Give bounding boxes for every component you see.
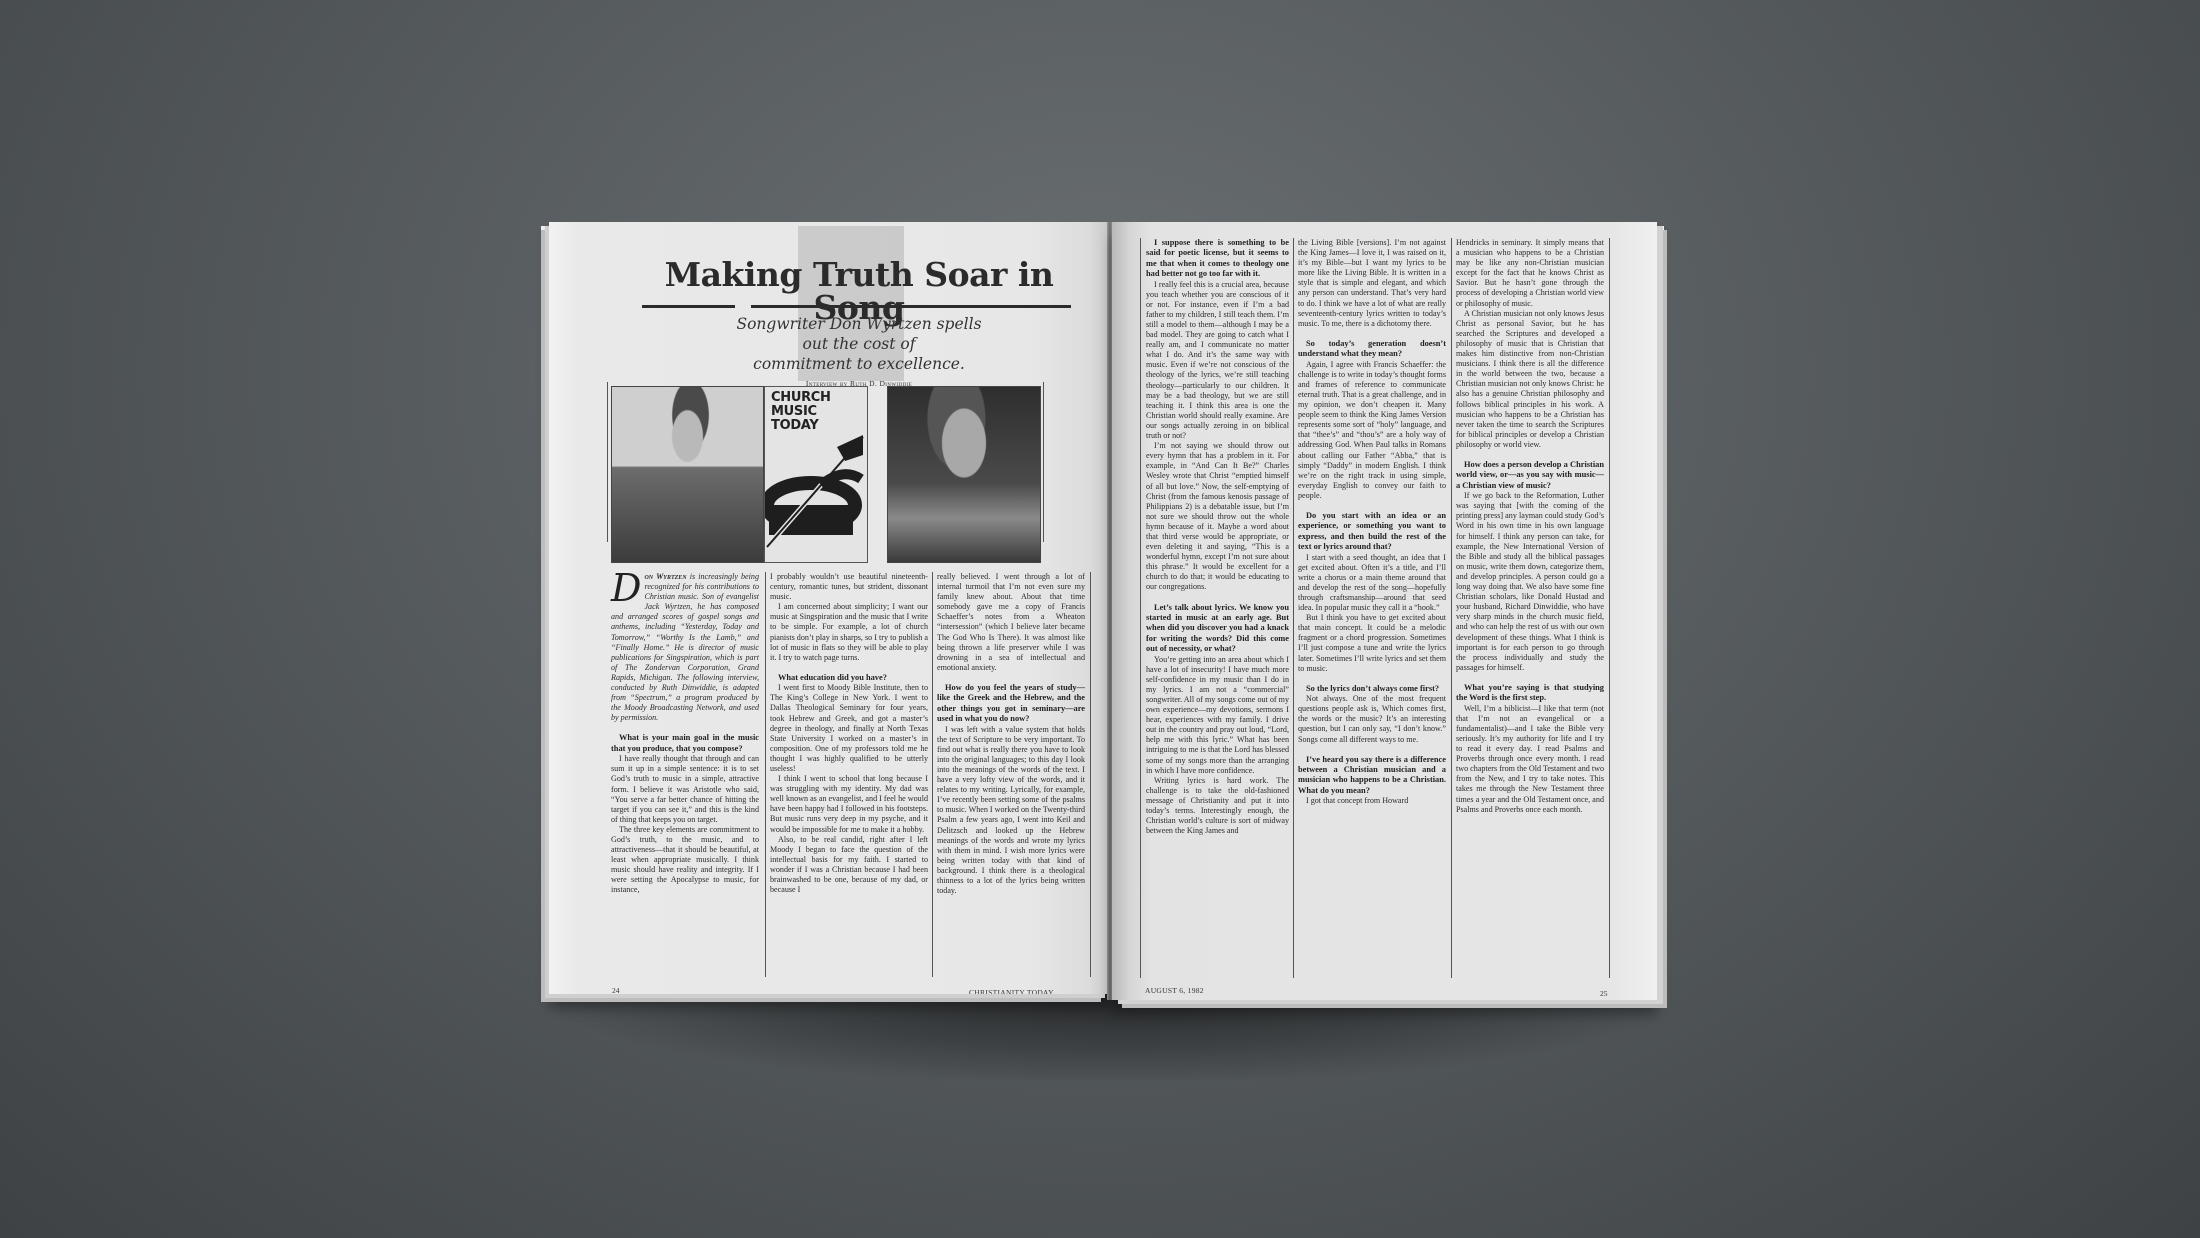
column-rule bbox=[1609, 238, 1610, 978]
right-page-column-3: Hendricks in seminary. It simply means t… bbox=[1456, 238, 1604, 815]
interview-question: I suppose there is something to be said … bbox=[1146, 238, 1289, 280]
article-subtitle: Songwriter Don Wyrtzen spells out the co… bbox=[659, 314, 1059, 374]
page-number: 24 bbox=[612, 986, 620, 994]
interview-question: Let’s talk about lyrics. We know you sta… bbox=[1146, 603, 1289, 655]
photo-wyrtzen-thoughtful bbox=[887, 386, 1041, 563]
right-page: I suppose there is something to be said … bbox=[1112, 222, 1657, 1000]
right-page-column-1: I suppose there is something to be said … bbox=[1146, 238, 1289, 836]
interview-question: How does a person develop a Christian wo… bbox=[1456, 460, 1604, 491]
title-underline-2 bbox=[751, 305, 1071, 308]
magazine-shadow bbox=[560, 990, 1660, 1080]
column-rule bbox=[765, 572, 766, 977]
photo-wyrtzen-gesturing bbox=[611, 386, 764, 563]
column-rule bbox=[1043, 382, 1044, 542]
left-page: Making Truth Soar in Song Songwriter Don… bbox=[549, 222, 1109, 994]
interview-question: Do you start with an idea or an experien… bbox=[1298, 511, 1446, 553]
column-rule bbox=[932, 572, 933, 977]
left-page-column-2: I probably wouldn’t use beautiful ninete… bbox=[770, 572, 928, 895]
right-page-column-2: the Living Bible [versions]. I’m not aga… bbox=[1298, 238, 1446, 806]
page-number: 25 bbox=[1600, 989, 1608, 998]
magazine-name: CHRISTIANITY TODAY bbox=[969, 988, 1054, 994]
interview-question: So the lyrics don’t always come first? bbox=[1298, 684, 1446, 694]
interview-question: So today’s generation doesn’t understand… bbox=[1298, 339, 1446, 360]
issue-date: AUGUST 6, 1982 bbox=[1145, 986, 1204, 995]
interview-question: What education did you have? bbox=[770, 673, 928, 683]
music-note-logo-icon bbox=[765, 387, 867, 562]
column-rule bbox=[1140, 238, 1141, 978]
interview-question: How do you feel the years of study—like … bbox=[937, 683, 1085, 725]
left-page-column-3: really believed. I went through a lot of… bbox=[937, 572, 1085, 896]
interview-question: I’ve heard you say there is a difference… bbox=[1298, 755, 1446, 797]
column-rule bbox=[607, 382, 608, 542]
column-rule bbox=[1451, 238, 1452, 978]
church-music-today-logo: CHURCH MUSIC TODAY bbox=[764, 386, 868, 563]
column-rule bbox=[1090, 572, 1091, 977]
title-underline-1 bbox=[642, 305, 735, 308]
column-rule bbox=[1293, 238, 1294, 978]
dropcap: D bbox=[611, 572, 641, 604]
left-page-column-1: Don Wyrtzen is increasingly being recogn… bbox=[611, 572, 759, 896]
interview-question: What you’re saying is that studying the … bbox=[1456, 683, 1604, 704]
interview-question: What is your main goal in the music that… bbox=[611, 733, 759, 754]
